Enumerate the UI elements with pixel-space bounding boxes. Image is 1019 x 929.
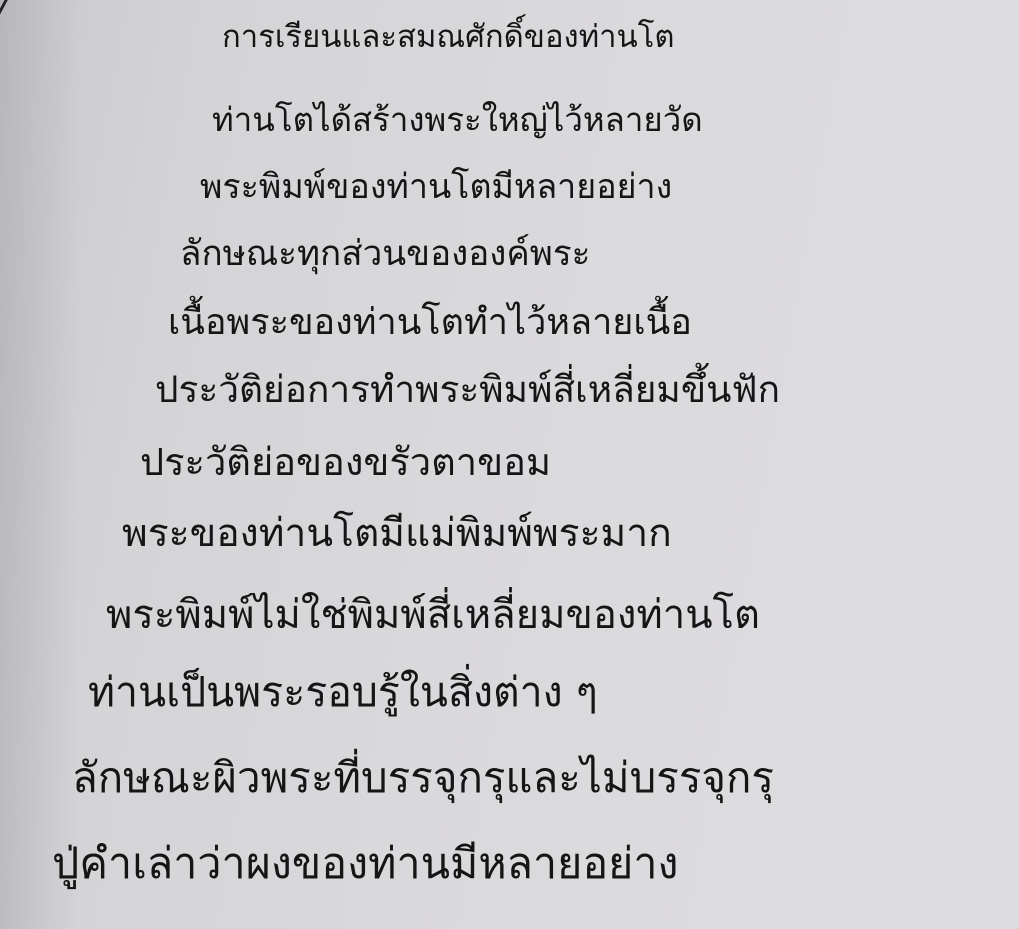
contents-line-5: เนื้อพระของท่านโตทำไว้หลายเนื้อ [168, 305, 692, 341]
contents-line-4: ลักษณะทุกส่วนขององค์พระ [180, 237, 590, 272]
contents-line-9: พระพิมพ์ไม่ใช่พิมพ์สี่เหลี่ยมของท่านโต [106, 595, 760, 635]
contents-line-7: ประวัติย่อของขรัวตาขอม [140, 443, 551, 481]
contents-line-3: พระพิมพ์ของท่านโตมีหลายอย่าง [200, 170, 672, 204]
contents-line-12: ปู่คำเล่าว่าผงของท่านมีหลายอย่าง [52, 843, 679, 886]
contents-line-2: ท่านโตได้สร้างพระใหญ่ไว้หลายวัด [212, 103, 703, 136]
contents-line-10: ท่านเป็นพระรอบรู้ในสิ่งต่าง ๆ [88, 672, 598, 713]
contents-line-11: ลักษณะผิวพระที่บรรจุกรุและไม่บรรจุกรุ [72, 757, 774, 799]
contents-line-8: พระของท่านโตมีแม่พิมพ์พระมาก [122, 514, 672, 553]
contents-line-6: ประวัติย่อการทำพระพิมพ์สี่เหลี่ยมขึ้นฟัก [155, 371, 780, 408]
contents-list: การเรียนและสมณศักดิ์ของท่านโต ท่านโตได้ส… [0, 0, 1019, 929]
contents-line-1: การเรียนและสมณศักดิ์ของท่านโต [222, 22, 675, 53]
